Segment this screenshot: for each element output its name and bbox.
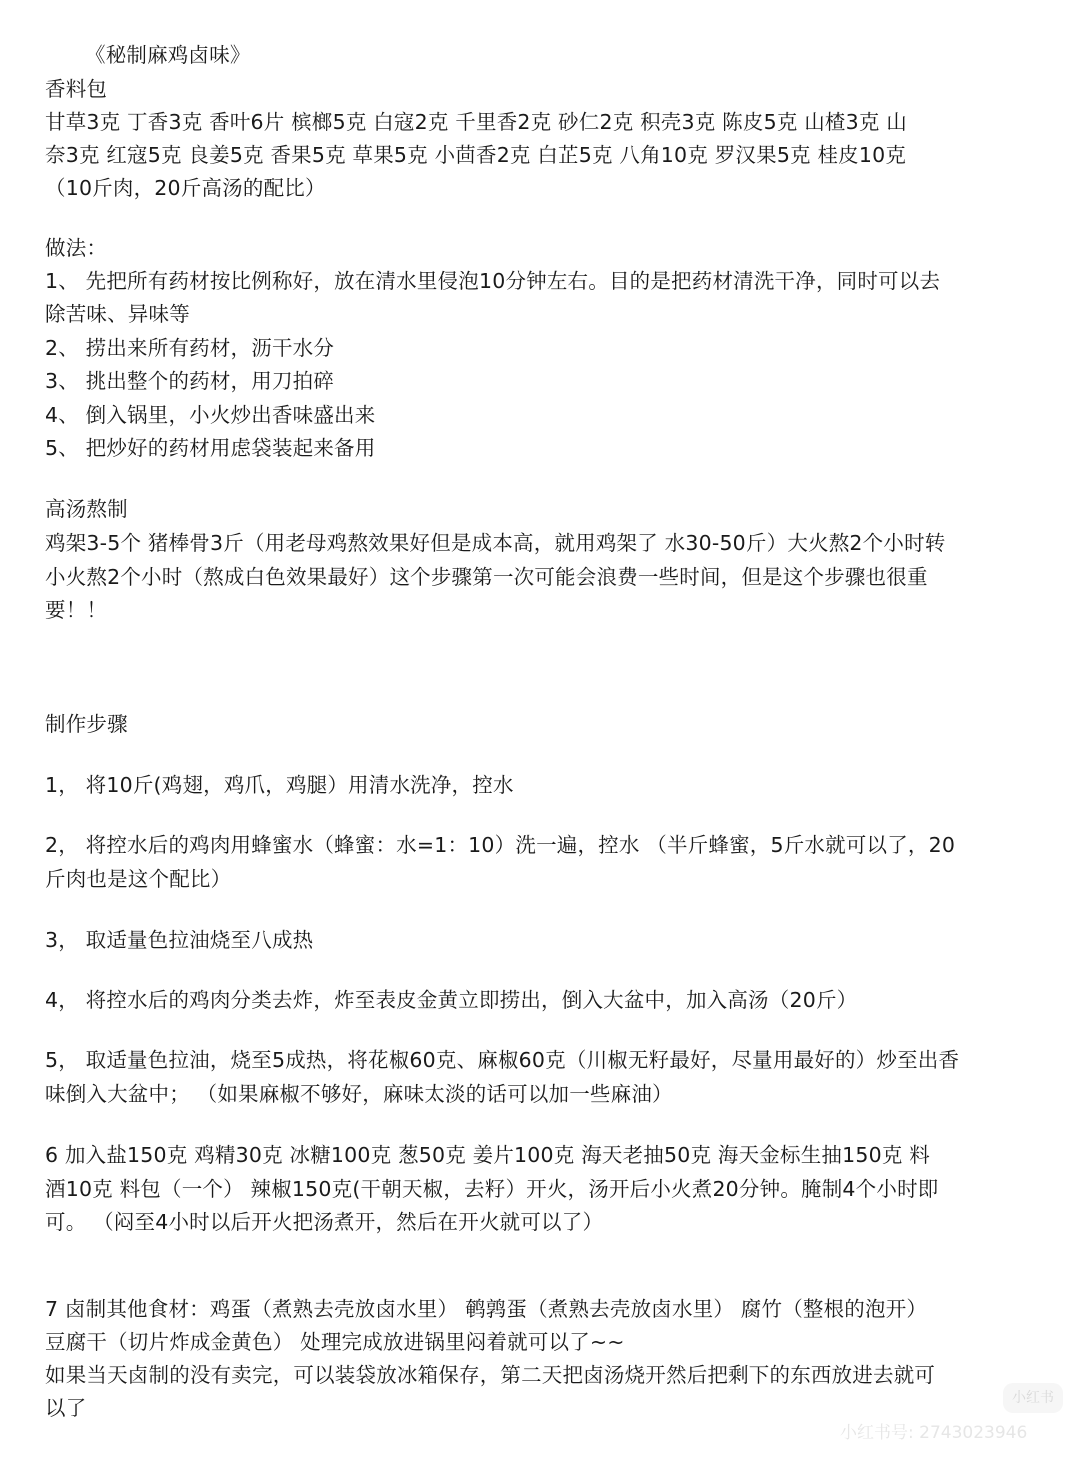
step-line: 酒10克 料包（一个） 辣椒150克(干朝天椒，去籽）开火，汤开后小火煮20分钟… [45, 1174, 938, 1204]
method-line: 4、 倒入锅里，小火炒出香味盛出来 [45, 400, 375, 430]
step-line: 7 卤制其他食材：鸡蛋（煮熟去壳放卤水里） 鹌鹑蛋（煮熟去壳放卤水里） 腐竹（整… [45, 1294, 927, 1324]
step-line: 3， 取适量色拉油烧至八成热 [45, 925, 313, 955]
broth-line: 鸡架3-5个 猪棒骨3斤（用老母鸡熬效果好但是成本高，就用鸡架了 水30-50斤… [45, 528, 945, 558]
method-heading: 做法： [45, 233, 107, 263]
step-line: 2， 将控水后的鸡肉用蜂蜜水（蜂蜜：水=1：10）洗一遍，控水 （半斤蜂蜜，5斤… [45, 830, 955, 860]
spice-pack-line: 甘草3克 丁香3克 香叶6片 槟榔5克 白寇2克 千里香2克 砂仁2克 积壳3克… [45, 107, 907, 137]
watermark-logo: 小红书 [1003, 1383, 1063, 1413]
spice-pack-line: 奈3克 红寇5克 良姜5克 香果5克 草果5克 小茴香2克 白芷5克 八角10克… [45, 140, 906, 170]
step-line: 6 加入盐150克 鸡精30克 冰糖100克 葱50克 姜片100克 海天老抽5… [45, 1140, 930, 1170]
method-line: 2、 捞出来所有药材，沥干水分 [45, 333, 334, 363]
broth-line: 要！！ [45, 595, 107, 625]
method-line: 5、 把炒好的药材用虑袋装起来备用 [45, 433, 375, 463]
step-line: 可。 （闷至4小时以后开火把汤煮开，然后在开火就可以了） [45, 1207, 603, 1237]
step-line: 5， 取适量色拉油，烧至5成热，将花椒60克、麻椒60克（川椒无籽最好，尽量用最… [45, 1045, 959, 1075]
spice-pack-heading: 香料包 [45, 74, 107, 104]
broth-line: 小火熬2个小时（熬成白色效果最好）这个步骤第一次可能会浪费一些时间，但是这个步骤… [45, 562, 928, 592]
document-title: 《秘制麻鸡卤味》 [85, 40, 251, 70]
step-line: 1， 将10斤(鸡翅，鸡爪，鸡腿）用清水洗净，控水 [45, 770, 514, 800]
steps-heading: 制作步骤 [45, 709, 128, 739]
step-line: 4， 将控水后的鸡肉分类去炸，炸至表皮金黄立即捞出，倒入大盆中，加入高汤（20斤… [45, 985, 857, 1015]
broth-heading: 高汤熬制 [45, 494, 128, 524]
method-line: 3、 挑出整个的药材，用刀拍碎 [45, 366, 334, 396]
spice-pack-ratio-note: （10斤肉，20斤高汤的配比） [45, 173, 326, 203]
watermark-id: 小红书号: 2743023946 [840, 1418, 1027, 1443]
step-line: 如果当天卤制的没有卖完，可以装袋放冰箱保存，第二天把卤汤烧开然后把剩下的东西放进… [45, 1360, 935, 1390]
step-line: 豆腐干（切片炸成金黄色） 处理完成放进锅里闷着就可以了~~ [45, 1327, 625, 1357]
method-line: 除苦味、异味等 [45, 299, 190, 329]
step-line: 味倒入大盆中； （如果麻椒不够好，麻味太淡的话可以加一些麻油） [45, 1079, 673, 1109]
step-line: 斤肉也是这个配比） [45, 864, 231, 894]
method-line: 1、 先把所有药材按比例称好，放在清水里侵泡10分钟左右。目的是把药材清洗干净，… [45, 266, 940, 296]
step-line: 以了 [45, 1393, 86, 1423]
